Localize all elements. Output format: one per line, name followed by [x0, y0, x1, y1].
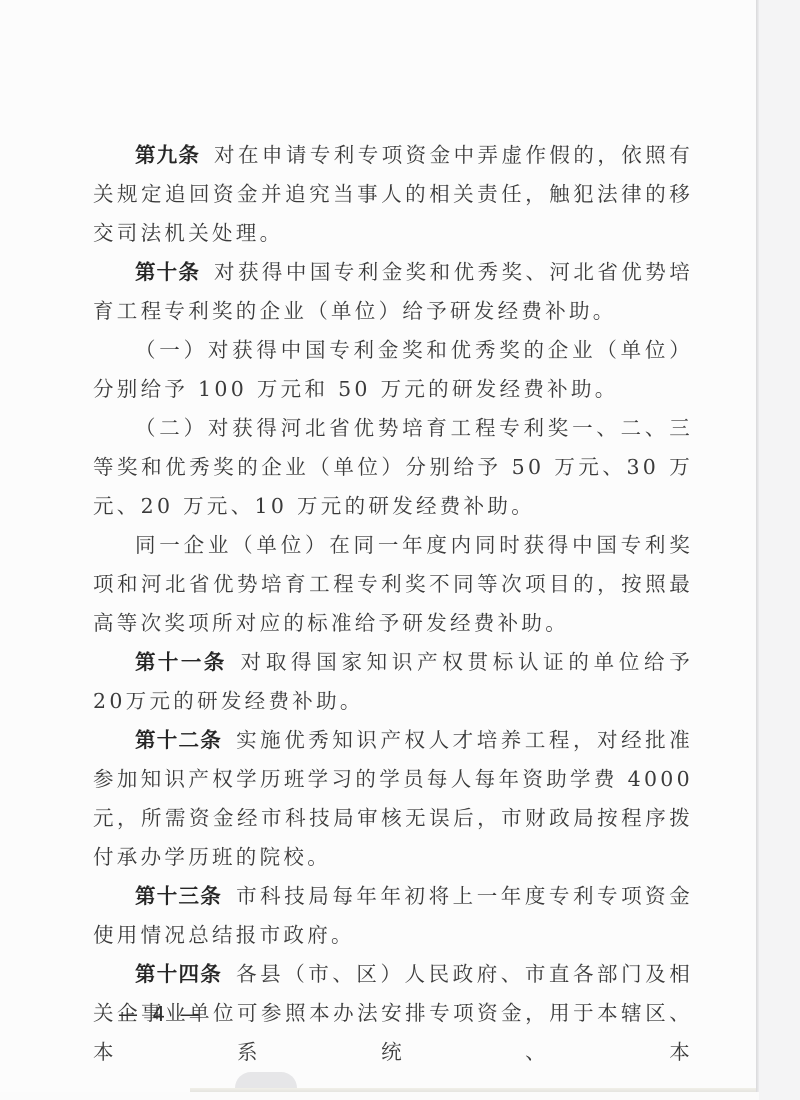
paragraph-text: 同一企业（单位）在同一年度内同时获得中国专利奖项和河北省优势培育工程专利奖不同等…	[93, 533, 693, 635]
article-9: 第九条对在申请专利专项资金中弄虚作假的，依照有关规定追回资金并追究当事人的相关责…	[93, 136, 693, 253]
article-heading: 第十一条	[135, 650, 227, 674]
article-heading: 第十二条	[135, 728, 222, 752]
article-12: 第十二条实施优秀知识产权人才培养工程，对经批准参加知识产权学历班学习的学员每人每…	[93, 721, 693, 877]
paragraph-text: （二）对获得河北省优势培育工程专利奖一、二、三等奖和优秀奖的企业（单位）分别给予…	[93, 416, 693, 518]
article-10-item-1: （一）对获得中国专利金奖和优秀奖的企业（单位）分别给予 100 万元和 50 万…	[93, 331, 693, 409]
article-10-note: 同一企业（单位）在同一年度内同时获得中国专利奖项和河北省优势培育工程专利奖不同等…	[93, 526, 693, 643]
article-heading: 第九条	[135, 143, 200, 167]
article-heading: 第十条	[135, 260, 200, 284]
document-body: 第九条对在申请专利专项资金中弄虚作假的，依照有关规定追回资金并追究当事人的相关责…	[93, 136, 693, 1072]
article-11: 第十一条对取得国家知识产权贯标认证的单位给予20万元的研发经费补助。	[93, 643, 693, 721]
article-10-item-2: （二）对获得河北省优势培育工程专利奖一、二、三等奖和优秀奖的企业（单位）分别给予…	[93, 409, 693, 526]
article-13: 第十三条市科技局每年年初将上一年度专利专项资金使用情况总结报市政府。	[93, 877, 693, 955]
page-number: — 4 —	[118, 1002, 199, 1026]
article-10: 第十条对获得中国专利金奖和优秀奖、河北省优势培育工程专利奖的企业（单位）给予研发…	[93, 253, 693, 331]
page-bottom-edge	[190, 1088, 756, 1092]
article-heading: 第十四条	[135, 962, 222, 986]
scan-smudge	[235, 1072, 297, 1088]
scan-margin	[759, 0, 800, 1100]
paragraph-text: （一）对获得中国专利金奖和优秀奖的企业（单位）分别给予 100 万元和 50 万…	[93, 338, 693, 401]
article-heading: 第十三条	[135, 884, 222, 908]
